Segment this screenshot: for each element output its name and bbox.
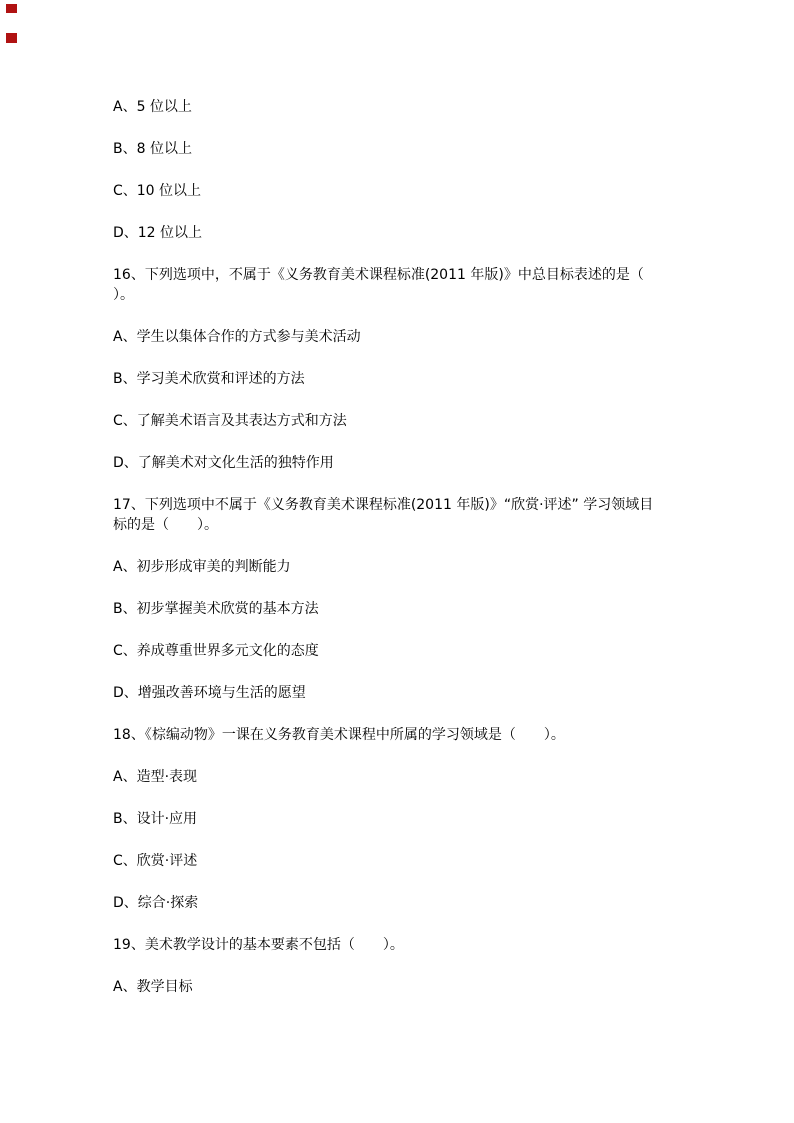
q15-option-a: A、5 位以上 bbox=[113, 97, 713, 117]
q16-option-b: B、学习美术欣赏和评述的方法 bbox=[113, 369, 713, 389]
q17-option-d: D、增强改善环境与生活的愿望 bbox=[113, 683, 713, 703]
question-19: 19、美术教学设计的基本要素不包括（ ）。 bbox=[113, 935, 713, 955]
q19-option-a: A、教学目标 bbox=[113, 977, 713, 997]
question-18: 18、《棕编动物》一课在义务教育美术课程中所属的学习领域是（ ）。 bbox=[113, 725, 713, 745]
q16-option-c: C、了解美术语言及其表达方式和方法 bbox=[113, 411, 713, 431]
q17-option-c: C、养成尊重世界多元文化的态度 bbox=[113, 641, 713, 661]
q18-option-d: D、综合·探索 bbox=[113, 893, 713, 913]
q16-option-d: D、了解美术对文化生活的独特作用 bbox=[113, 453, 713, 473]
q17-option-a: A、初步形成审美的判断能力 bbox=[113, 557, 713, 577]
q15-option-b: B、8 位以上 bbox=[113, 139, 713, 159]
q15-option-d: D、12 位以上 bbox=[113, 223, 713, 243]
red-square-icon-1 bbox=[6, 4, 17, 13]
q18-option-a: A、造型·表现 bbox=[113, 767, 713, 787]
red-square-icon-2 bbox=[6, 33, 17, 43]
q15-option-c: C、10 位以上 bbox=[113, 181, 713, 201]
q18-option-c: C、欣赏·评述 bbox=[113, 851, 713, 871]
exam-document-page: A、5 位以上 B、8 位以上 C、10 位以上 D、12 位以上 16、下列选… bbox=[0, 0, 794, 1123]
question-16: 16、下列选项中，不属于《义务教育美术课程标准(2011 年版)》中总目标表述的… bbox=[113, 265, 713, 305]
exam-question-list: A、5 位以上 B、8 位以上 C、10 位以上 D、12 位以上 16、下列选… bbox=[113, 97, 713, 1019]
q16-option-a: A、学生以集体合作的方式参与美术活动 bbox=[113, 327, 713, 347]
q18-option-b: B、设计·应用 bbox=[113, 809, 713, 829]
question-17: 17、下列选项中不属于《义务教育美术课程标准(2011 年版)》“欣赏·评述” … bbox=[113, 495, 713, 535]
q17-option-b: B、初步掌握美术欣赏的基本方法 bbox=[113, 599, 713, 619]
